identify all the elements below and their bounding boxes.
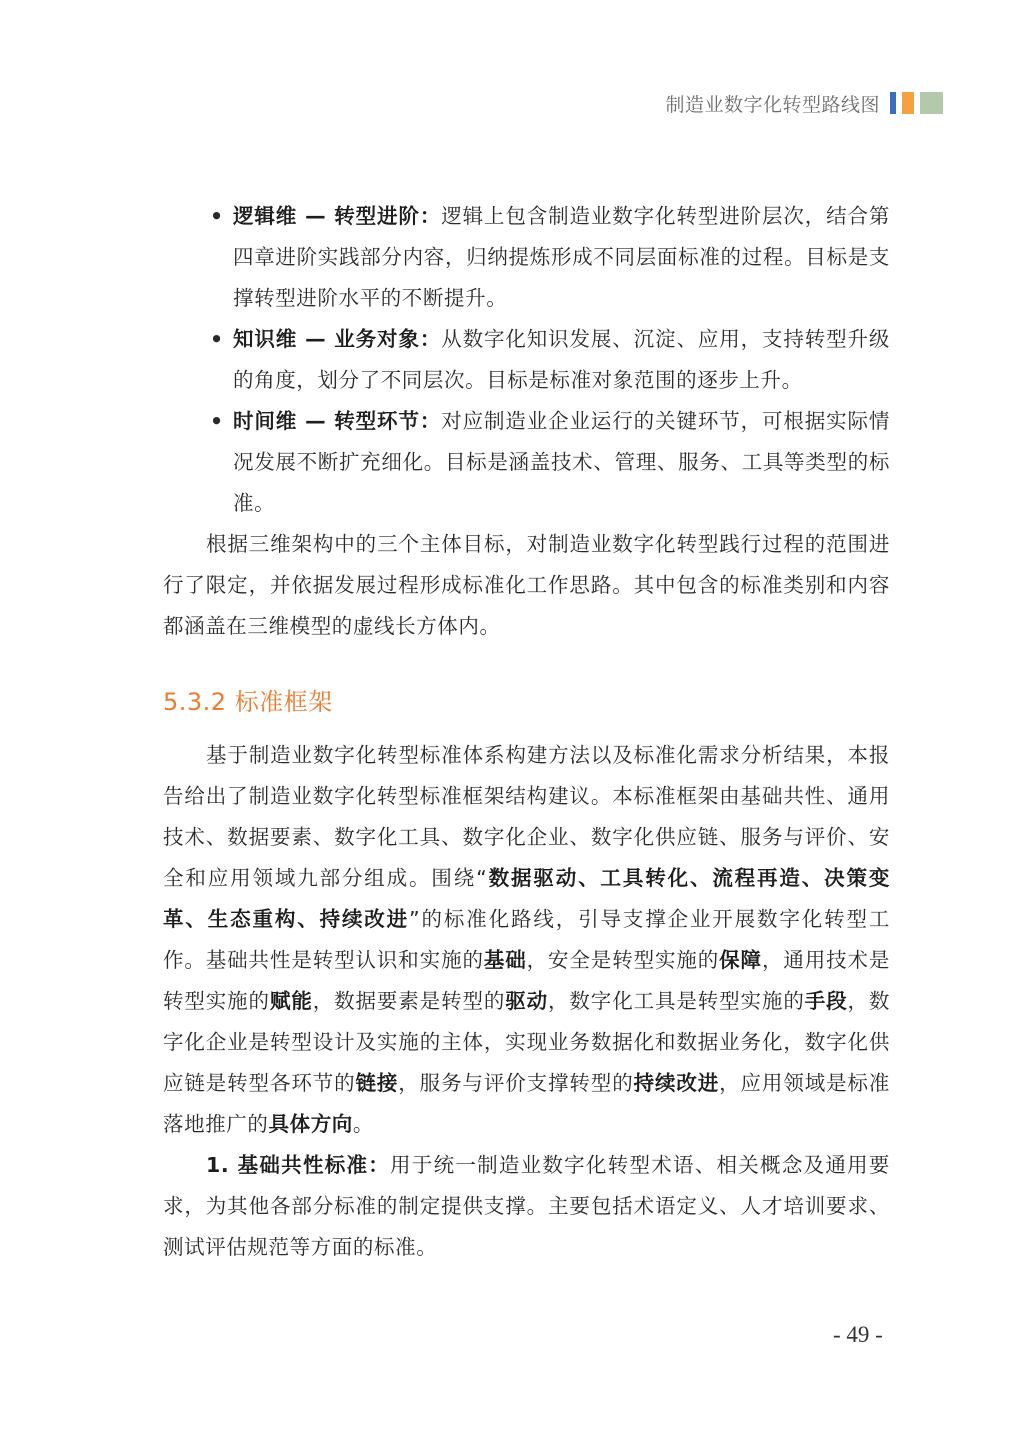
list-item-time: • 时间维 — 转型环节：对应制造业企业运行的关键环节，可根据实际情况发展不断扩… <box>163 401 890 524</box>
page-body: • 逻辑维 — 转型进阶：逻辑上包含制造业数字化转型进阶层次，结合第四章进阶实践… <box>163 196 890 1268</box>
dimension-list: • 逻辑维 — 转型进阶：逻辑上包含制造业数字化转型进阶层次，结合第四章进阶实践… <box>163 196 890 524</box>
bullet-label: 逻辑维 — 转型进阶： <box>233 204 441 228</box>
list-item-logic: • 逻辑维 — 转型进阶：逻辑上包含制造业数字化转型进阶层次，结合第四章进阶实践… <box>163 196 890 319</box>
item-label: 1. 基础共性标准： <box>206 1153 390 1177</box>
bullet-icon: • <box>210 401 224 442</box>
green-mark-icon <box>920 92 943 114</box>
bullet-label: 时间维 — 转型环节： <box>233 409 441 433</box>
paragraph-scope: 根据三维架构中的三个主体目标，对制造业数字化转型践行过程的范围进行了限定，并依据… <box>163 524 890 647</box>
bullet-icon: • <box>210 319 224 360</box>
paragraph-framework: 基于制造业数字化转型标准体系构建方法以及标准化需求分析结果，本报告给出了制造业数… <box>163 735 890 1145</box>
page-number: - 49 - <box>833 1322 883 1348</box>
orange-mark-icon <box>902 92 914 114</box>
bullet-icon: • <box>210 196 224 237</box>
blue-mark-icon <box>890 92 896 114</box>
running-title: 制造业数字化转型路线图 <box>665 90 880 117</box>
list-item-knowledge: • 知识维 — 业务对象：从数字化知识发展、沉淀、应用，支持转型升级的角度，划分… <box>163 319 890 401</box>
running-header: 制造业数字化转型路线图 <box>665 88 943 118</box>
section-heading: 5.3.2 标准框架 <box>163 685 890 719</box>
bullet-label: 知识维 — 业务对象： <box>233 327 441 351</box>
paragraph-item-1: 1. 基础共性标准：用于统一制造业数字化转型术语、相关概念及通用要求，为其他各部… <box>163 1145 890 1268</box>
